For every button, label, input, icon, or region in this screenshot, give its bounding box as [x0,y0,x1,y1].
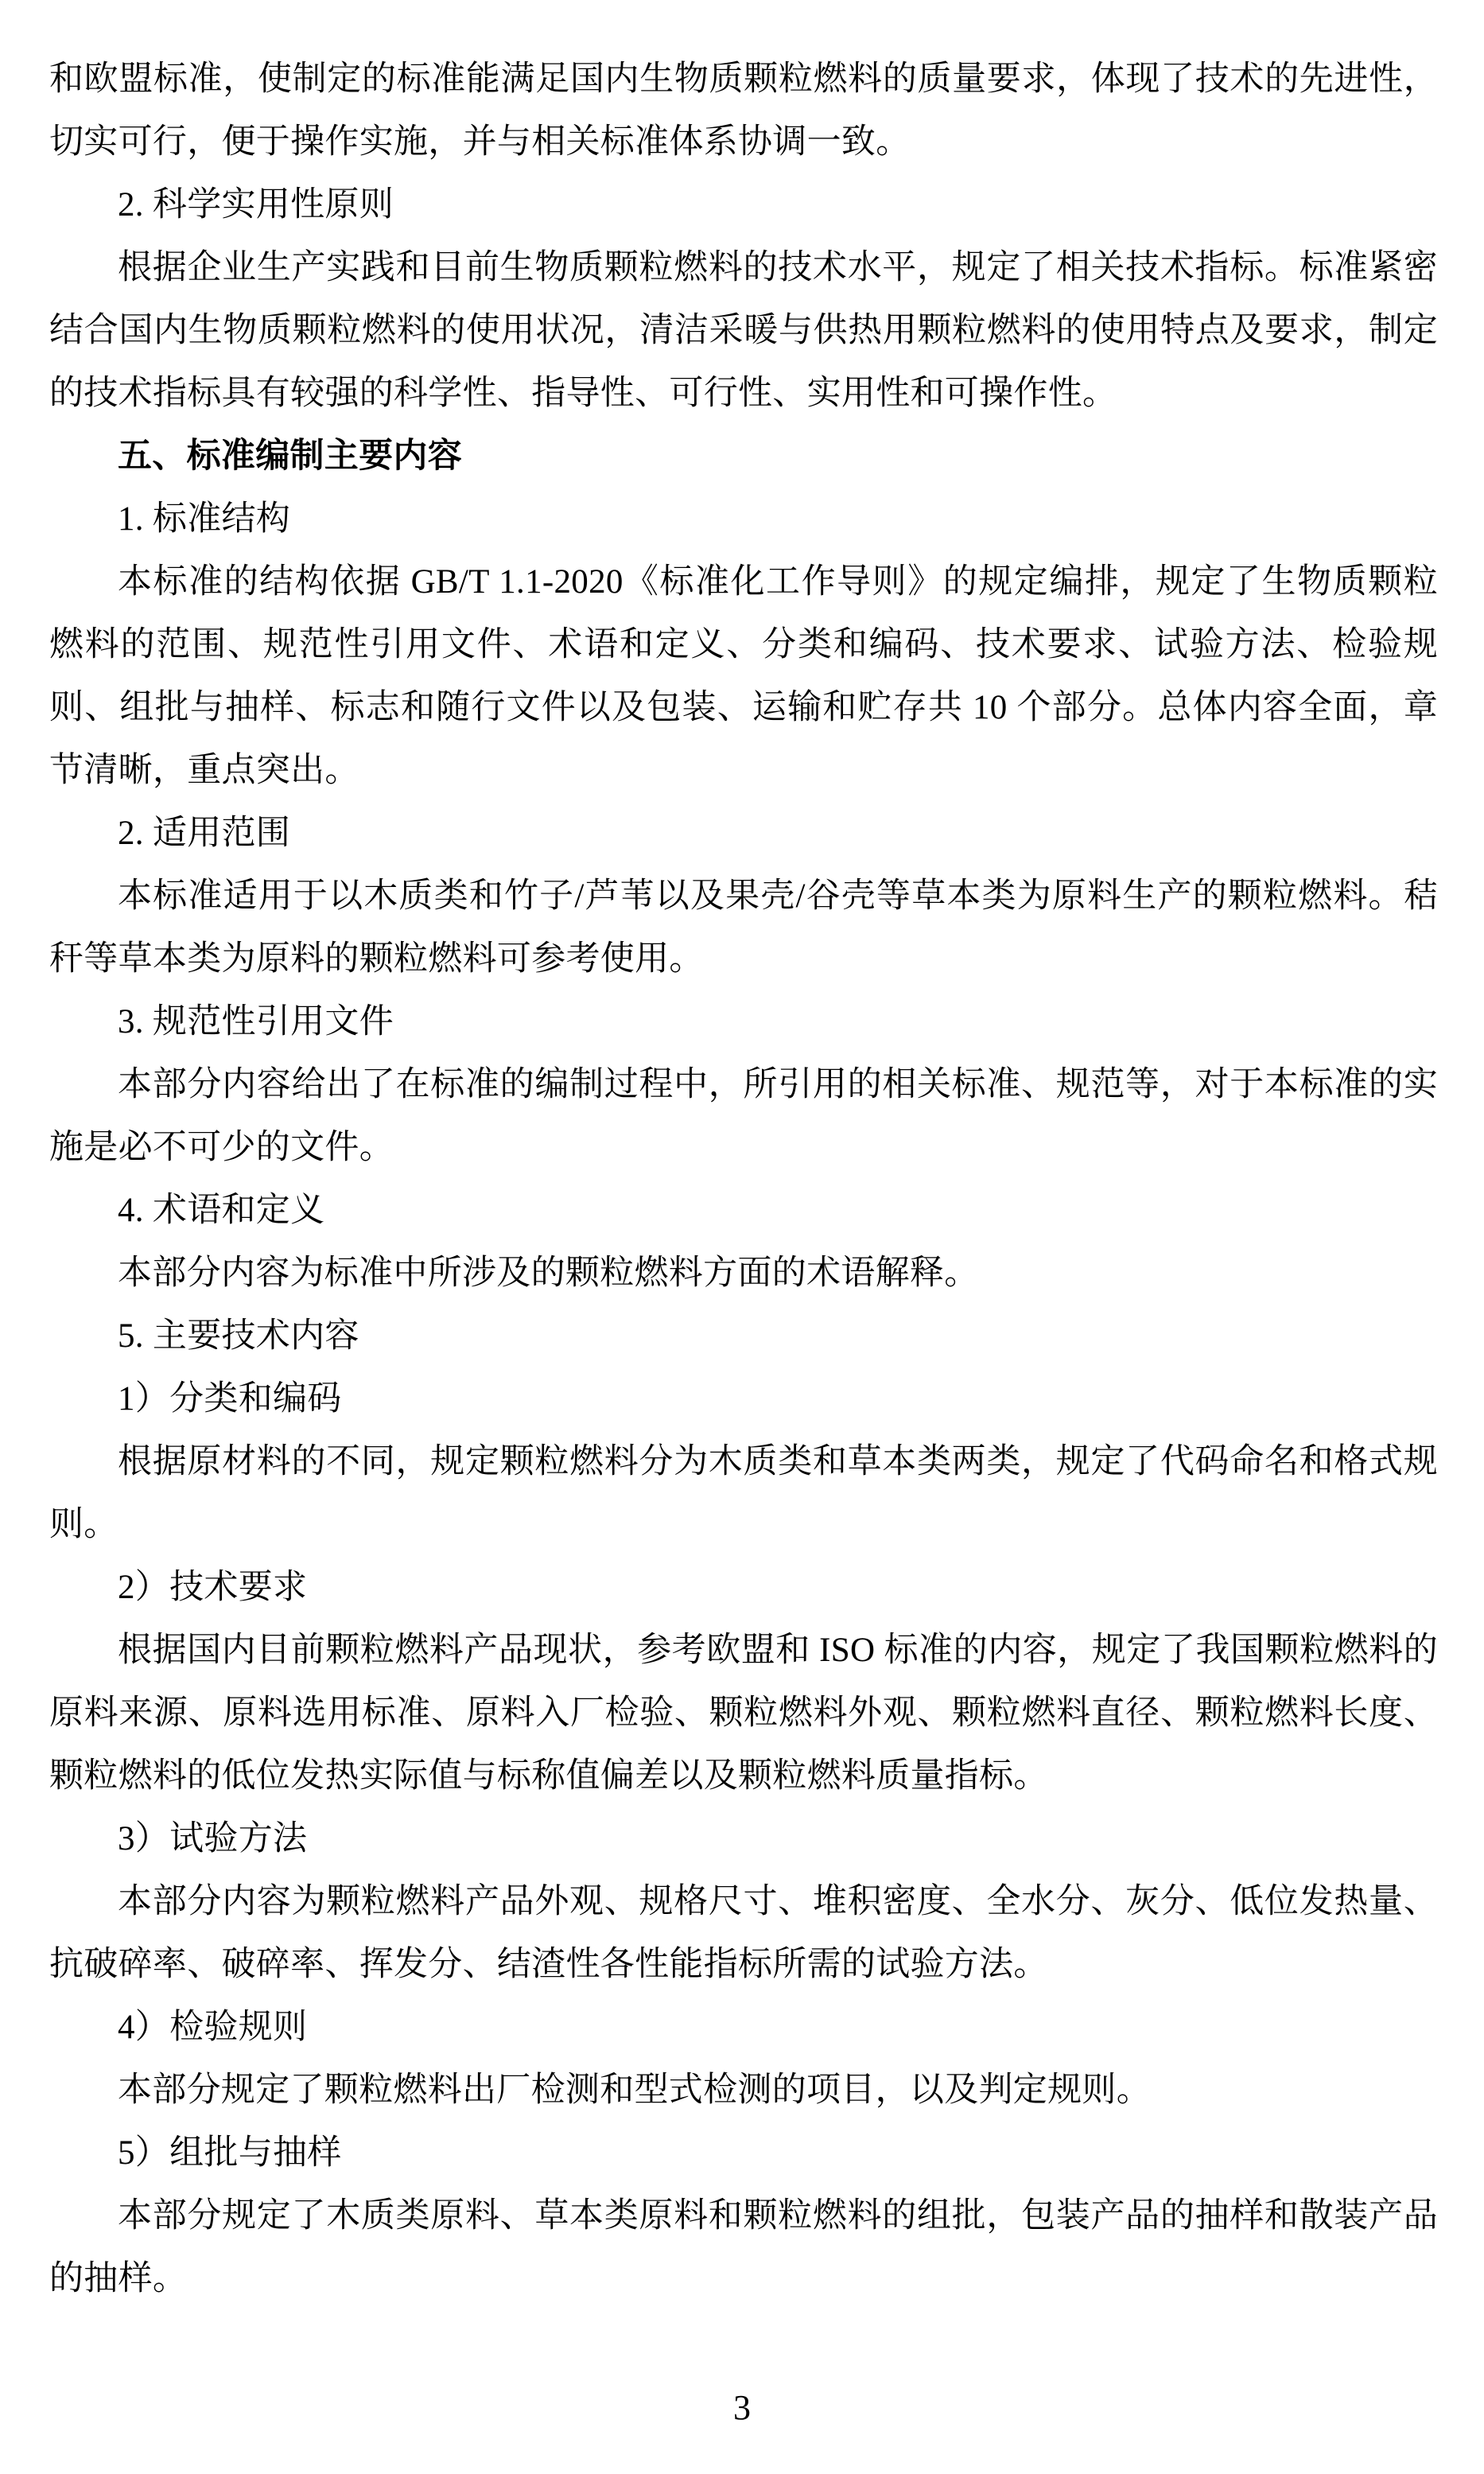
paragraph-terms-definitions: 本部分内容为标准中所涉及的颗粒燃料方面的术语解释。 [49,1242,1438,1305]
heading-scientific-practicality: 2. 科学实用性原则 [49,173,1438,236]
heading-section-five: 五、标准编制主要内容 [49,425,1438,488]
heading-standard-structure: 1. 标准结构 [49,488,1438,550]
paragraph-application-scope: 本标准适用于以木质类和竹子/芦苇以及果壳/谷壳等草本类为原料生产的颗粒燃料。秸秆… [49,865,1438,990]
page-body: 和欧盟标准，使制定的标准能满足国内生物质颗粒燃料的质量要求，体现了技术的先进性，… [49,48,1438,2310]
heading-application-scope: 2. 适用范围 [49,802,1438,865]
paragraph-batching-sampling: 本部分规定了木质类原料、草本类原料和颗粒燃料的组批，包装产品的抽样和散装产品的抽… [49,2184,1438,2310]
item-inspection-rules: 4）检验规则 [49,1996,1438,2059]
paragraph-continuation: 和欧盟标准，使制定的标准能满足国内生物质颗粒燃料的质量要求，体现了技术的先进性，… [49,48,1438,173]
paragraph-inspection-rules: 本部分规定了颗粒燃料出厂检测和型式检测的项目，以及判定规则。 [49,2059,1438,2122]
paragraph-normative-references: 本部分内容给出了在标准的编制过程中，所引用的相关标准、规范等，对于本标准的实施是… [49,1053,1438,1179]
paragraph-technical-requirements: 根据国内目前颗粒燃料产品现状，参考欧盟和 ISO 标准的内容，规定了我国颗粒燃料… [49,1619,1438,1807]
heading-terms-definitions: 4. 术语和定义 [49,1179,1438,1242]
paragraph-standard-structure: 本标准的结构依据 GB/T 1.1-2020《标准化工作导则》的规定编排，规定了… [49,550,1438,802]
item-classification-coding: 1）分类和编码 [49,1367,1438,1430]
item-test-methods: 3）试验方法 [49,1807,1438,1870]
page-number: 3 [0,2388,1484,2428]
heading-normative-references: 3. 规范性引用文件 [49,990,1438,1053]
paragraph-test-methods: 本部分内容为颗粒燃料产品外观、规格尺寸、堆积密度、全水分、灰分、低位发热量、抗破… [49,1870,1438,1996]
paragraph-scientific-practicality: 根据企业生产实践和目前生物质颗粒燃料的技术水平，规定了相关技术指标。标准紧密结合… [49,236,1438,425]
item-batching-sampling: 5）组批与抽样 [49,2122,1438,2184]
item-technical-requirements: 2）技术要求 [49,1556,1438,1619]
paragraph-classification-coding: 根据原材料的不同，规定颗粒燃料分为木质类和草本类两类，规定了代码命名和格式规则。 [49,1430,1438,1556]
heading-main-technical-content: 5. 主要技术内容 [49,1305,1438,1367]
document-page: 和欧盟标准，使制定的标准能满足国内生物质颗粒燃料的质量要求，体现了技术的先进性，… [0,0,1484,2474]
